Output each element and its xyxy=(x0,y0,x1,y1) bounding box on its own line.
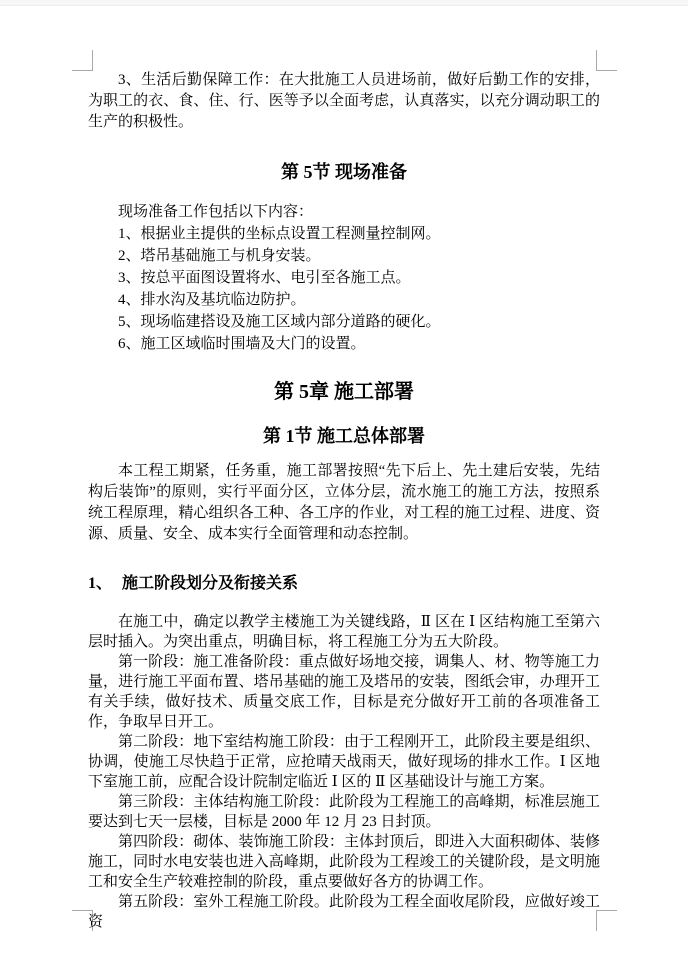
list-item: 2、塔吊基础施工与机身安装。 xyxy=(118,245,630,267)
page-text-area[interactable]: 3、生活后勤保障工作：在大批施工人员进场前，做好后勤工作的安排，为职工的衣、食、… xyxy=(88,0,600,964)
heading-label: 施工阶段划分及衔接关系 xyxy=(122,575,298,592)
heading-section-1-overall-deployment: 第 1节 施工总体部署 xyxy=(88,425,600,447)
list-item: 5、现场临建搭设及施工区域内部分道路的硬化。 xyxy=(118,311,630,333)
list-item: 1、根据业主提供的坐标点设置工程测量控制网。 xyxy=(118,223,630,245)
heading-number: 1、 xyxy=(88,575,112,592)
paragraph-stage-1: 第一阶段：施工准备阶段：重点做好场地交接，调集人、材、物等施工力量，进行施工平面… xyxy=(88,652,600,732)
paragraph-stage-5: 第五阶段：室外工程施工阶段。此阶段为工程全面收尾阶段，应做好竣工资 xyxy=(88,892,600,932)
paragraph-text: 3、生活后勤保障工作：在大批施工人员进场前，做好后勤工作的安排，为职工的衣、食、… xyxy=(88,70,600,133)
list-item: 3、按总平面图设置将水、电引至各施工点。 xyxy=(118,267,630,289)
construction-stages-paragraphs: 在施工中，确定以教学主楼施工为关键线路，Ⅱ 区在 Ⅰ 区结构施工至第六层时插入。… xyxy=(88,612,600,932)
paragraph-text: 本工程工期紧，任务重，施工部署按照“先下后上、先土建后安装，先结构后装饰”的原则… xyxy=(88,461,600,545)
heading-construction-stages: 1、施工阶段划分及衔接关系 xyxy=(88,574,600,594)
paragraph-logistics-support: 3、生活后勤保障工作：在大批施工人员进场前，做好后勤工作的安排，为职工的衣、食、… xyxy=(88,70,600,133)
paragraph-stage-4: 第四阶段：砌体、装饰施工阶段：主体封顶后，即进入大面积砌体、装修施工，同时水电安… xyxy=(88,832,600,892)
list-item: 6、施工区域临时围墙及大门的设置。 xyxy=(118,333,630,355)
paragraph-stage-overview: 在施工中，确定以教学主楼施工为关键线路，Ⅱ 区在 Ⅰ 区结构施工至第六层时插入。… xyxy=(88,612,600,652)
document-page: 3、生活后勤保障工作：在大批施工人员进场前，做好后勤工作的安排，为职工的衣、食、… xyxy=(0,0,688,964)
paragraph-overall-deployment: 本工程工期紧，任务重，施工部署按照“先下后上、先土建后安装，先结构后装饰”的原则… xyxy=(88,461,600,545)
paragraph-stage-2: 第二阶段：地下室结构施工阶段：由于工程刚开工，此阶段主要是组织、协调，使施工尽快… xyxy=(88,732,600,792)
heading-section-5-site-preparation: 第 5节 现场准备 xyxy=(88,161,600,183)
site-prep-intro: 现场准备工作包括以下内容： xyxy=(118,201,630,223)
site-preparation-list: 现场准备工作包括以下内容： 1、根据业主提供的坐标点设置工程测量控制网。 2、塔… xyxy=(88,201,630,355)
list-item: 4、排水沟及基坑临边防护。 xyxy=(118,289,630,311)
paragraph-stage-3: 第三阶段：主体结构施工阶段：此阶段为工程施工的高峰期，标准层施工要达到七天一层楼… xyxy=(88,792,600,832)
heading-chapter-5-construction-deployment: 第 5章 施工部署 xyxy=(88,380,600,404)
